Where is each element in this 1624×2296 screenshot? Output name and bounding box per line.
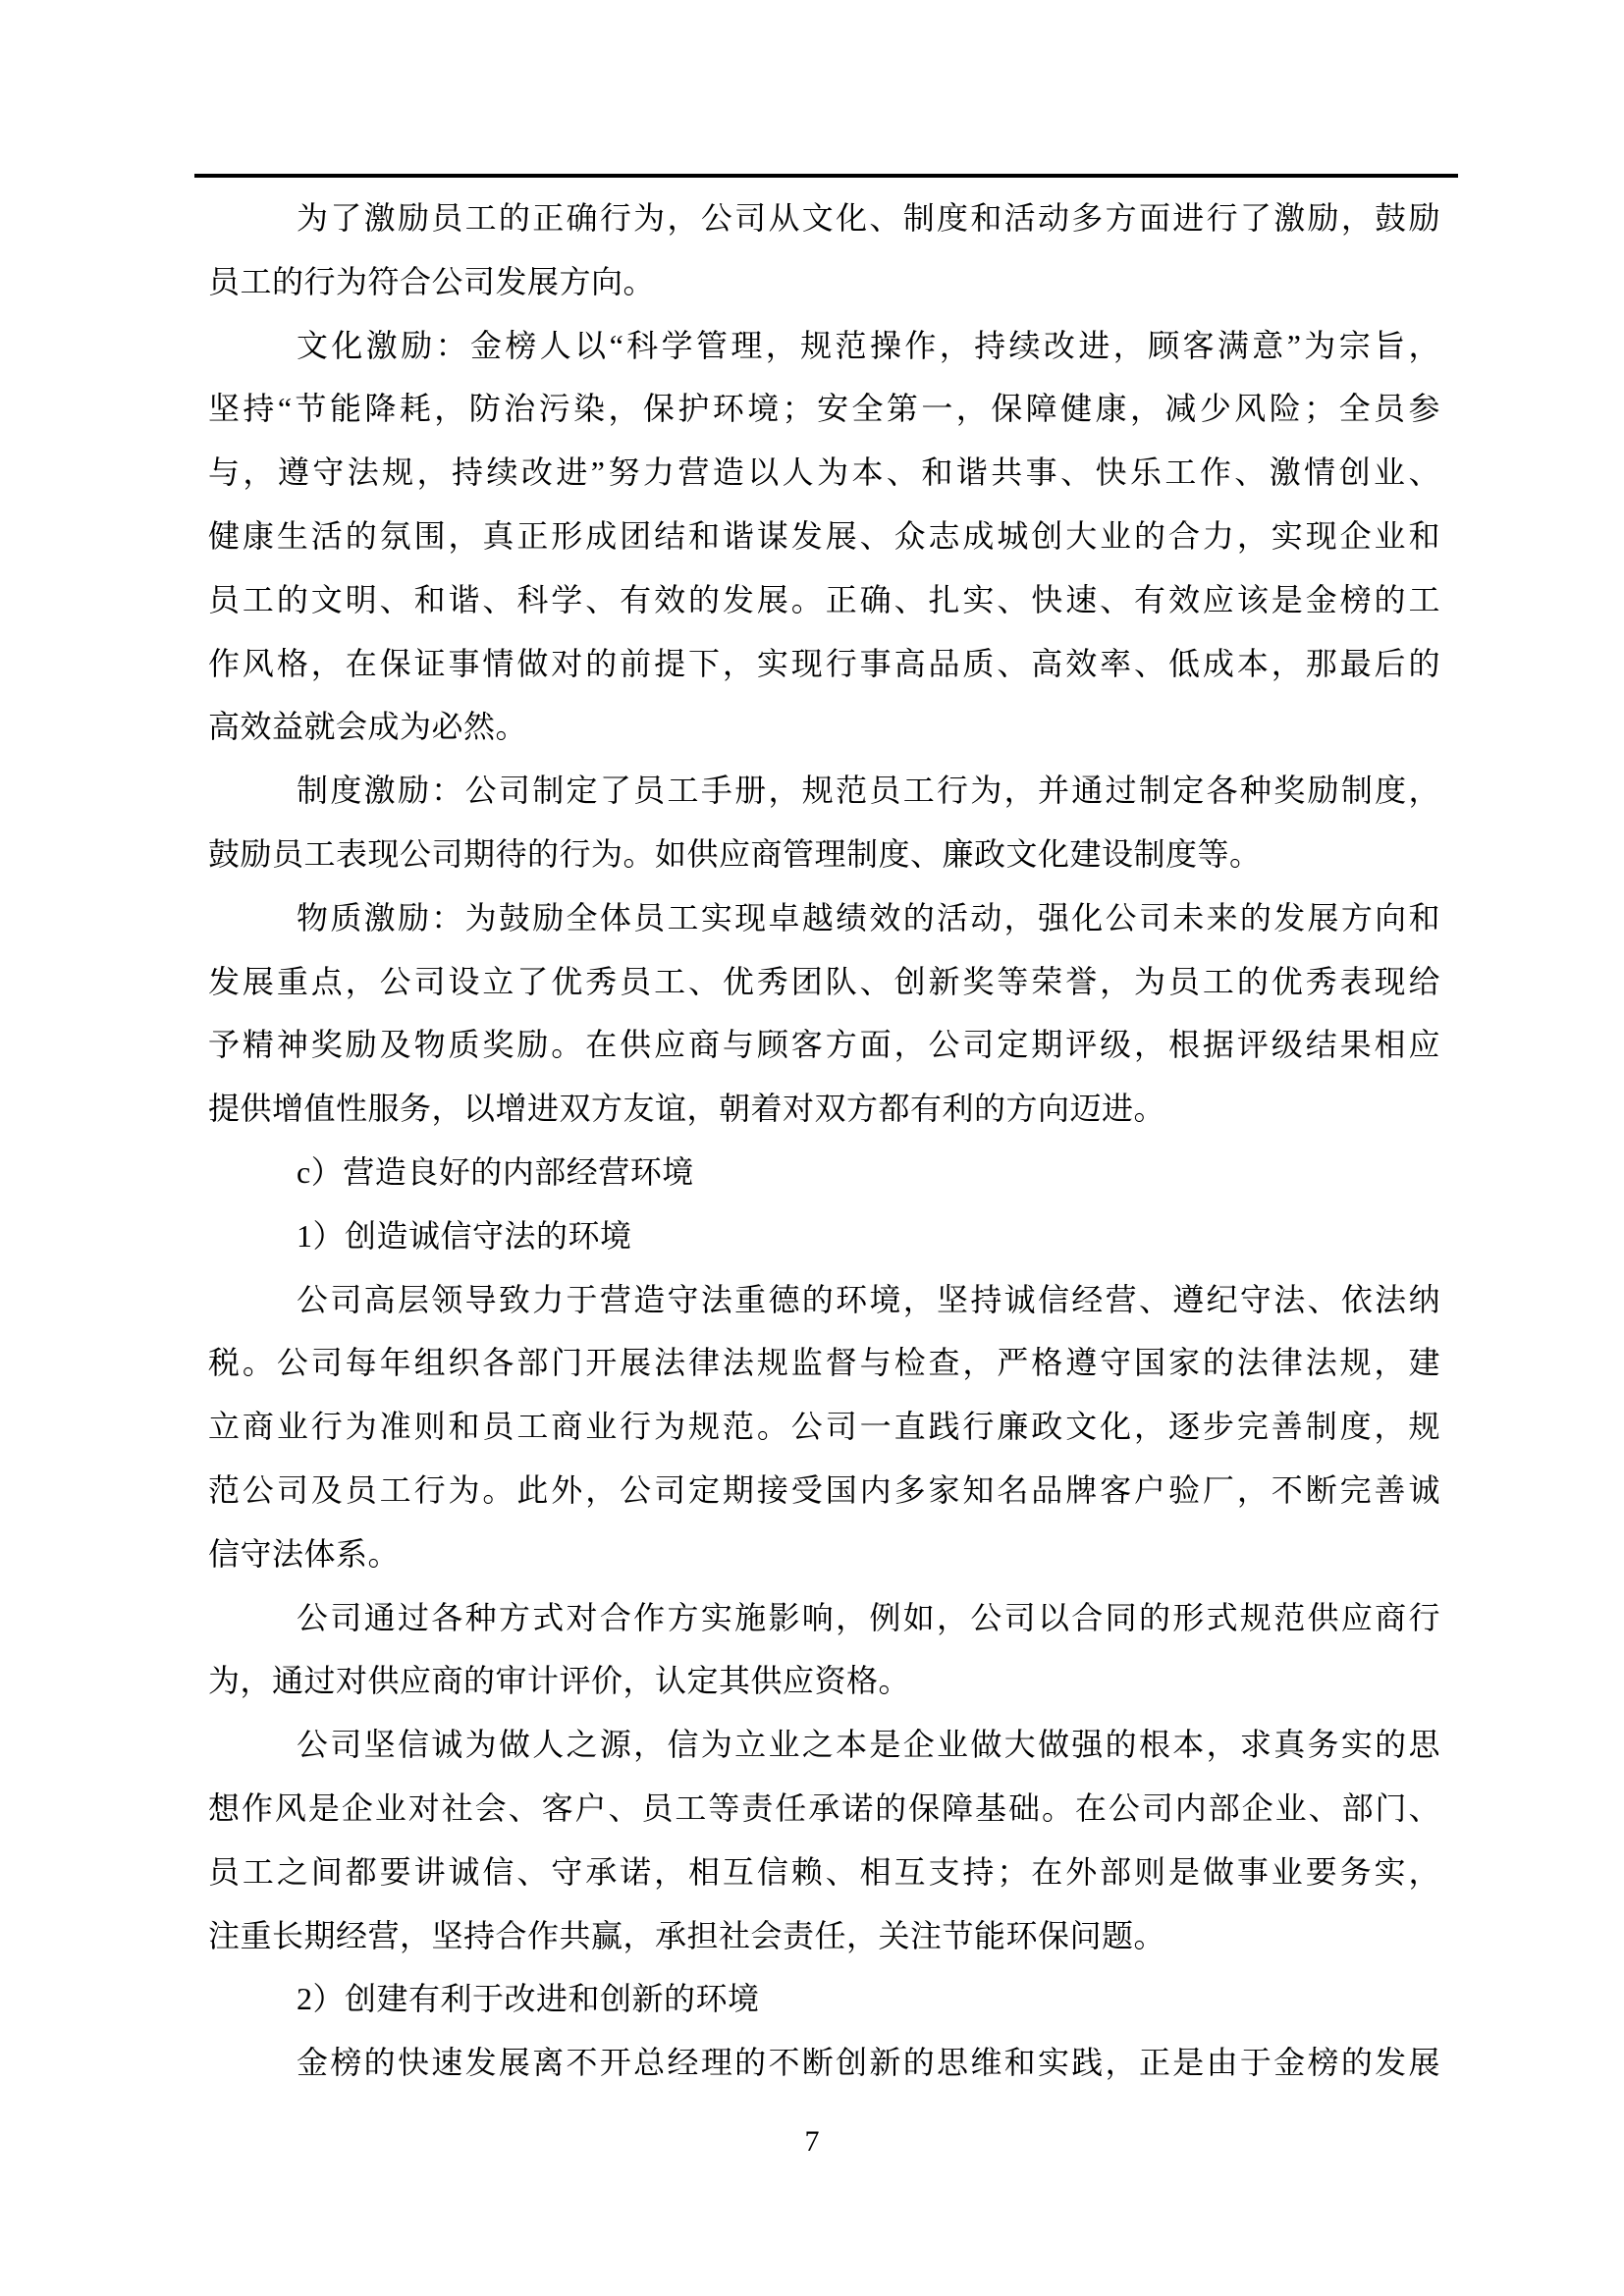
body-text: 为了激励员工的正确行为，公司从文化、制度和活动多方面进行了激励，鼓励员工的行为符…	[208, 187, 1440, 2095]
text-line: 立商业行为准则和员工商业行为规范。公司一直践行廉政文化，逐步完善制度，规	[208, 1395, 1440, 1459]
text-line: 鼓励员工表现公司期待的行为。如供应商管理制度、廉政文化建设制度等。	[208, 823, 1440, 886]
text-line: 发展重点，公司设立了优秀员工、优秀团队、创新奖等荣誉，为员工的优秀表现给	[208, 950, 1440, 1014]
text-line: 提供增值性服务，以增进双方友谊，朝着对双方都有利的方向迈进。	[208, 1077, 1440, 1141]
text-line: c）营造良好的内部经营环境	[208, 1141, 1440, 1204]
document-page: 为了激励员工的正确行为，公司从文化、制度和活动多方面进行了激励，鼓励员工的行为符…	[0, 0, 1624, 2296]
text-line: 作风格，在保证事情做对的前提下，实现行事高品质、高效率、低成本，那最后的	[208, 632, 1440, 696]
text-line: 健康生活的氛围，真正形成团结和谐谋发展、众志成城创大业的合力，实现企业和	[208, 505, 1440, 568]
text-line: 想作风是企业对社会、客户、员工等责任承诺的保障基础。在公司内部企业、部门、	[208, 1777, 1440, 1841]
text-line: 文化激励：金榜人以“科学管理，规范操作，持续改进，顾客满意”为宗旨，	[208, 314, 1440, 378]
page-number: 7	[0, 2122, 1624, 2162]
text-line: 公司高层领导致力于营造守法重德的环境，坚持诚信经营、遵纪守法、依法纳	[208, 1268, 1440, 1332]
text-line: 为，通过对供应商的审计评价，认定其供应资格。	[208, 1649, 1440, 1713]
text-line: 制度激励：公司制定了员工手册，规范员工行为，并通过制定各种奖励制度，	[208, 759, 1440, 823]
text-line: 2）创建有利于改进和创新的环境	[208, 1967, 1440, 2031]
text-line: 员工的文明、和谐、科学、有效的发展。正确、扎实、快速、有效应该是金榜的工	[208, 568, 1440, 632]
header-rule	[194, 174, 1458, 178]
text-line: 为了激励员工的正确行为，公司从文化、制度和活动多方面进行了激励，鼓励	[208, 187, 1440, 250]
text-line: 信守法体系。	[208, 1522, 1440, 1586]
text-line: 员工的行为符合公司发展方向。	[208, 250, 1440, 314]
text-line: 与，遵守法规，持续改进”努力营造以人为本、和谐共事、快乐工作、激情创业、	[208, 441, 1440, 505]
text-line: 坚持“节能降耗，防治污染，保护环境；安全第一，保障健康，减少风险；全员参	[208, 377, 1440, 441]
text-line: 税。公司每年组织各部门开展法律法规监督与检查，严格遵守国家的法律法规，建	[208, 1331, 1440, 1395]
text-line: 注重长期经营，坚持合作共赢，承担社会责任，关注节能环保问题。	[208, 1904, 1440, 1968]
text-line: 金榜的快速发展离不开总经理的不断创新的思维和实践，正是由于金榜的发展	[208, 2031, 1440, 2095]
text-line: 员工之间都要讲诚信、守承诺，相互信赖、相互支持；在外部则是做事业要务实，	[208, 1841, 1440, 1904]
text-line: 公司坚信诚为做人之源，信为立业之本是企业做大做强的根本，求真务实的思	[208, 1713, 1440, 1777]
text-line: 公司通过各种方式对合作方实施影响，例如，公司以合同的形式规范供应商行	[208, 1586, 1440, 1650]
text-line: 予精神奖励及物质奖励。在供应商与顾客方面，公司定期评级，根据评级结果相应	[208, 1013, 1440, 1077]
text-line: 高效益就会成为必然。	[208, 695, 1440, 759]
text-line: 物质激励：为鼓励全体员工实现卓越绩效的活动，强化公司未来的发展方向和	[208, 886, 1440, 950]
text-line: 范公司及员工行为。此外，公司定期接受国内多家知名品牌客户验厂，不断完善诚	[208, 1459, 1440, 1522]
text-line: 1）创造诚信守法的环境	[208, 1204, 1440, 1268]
